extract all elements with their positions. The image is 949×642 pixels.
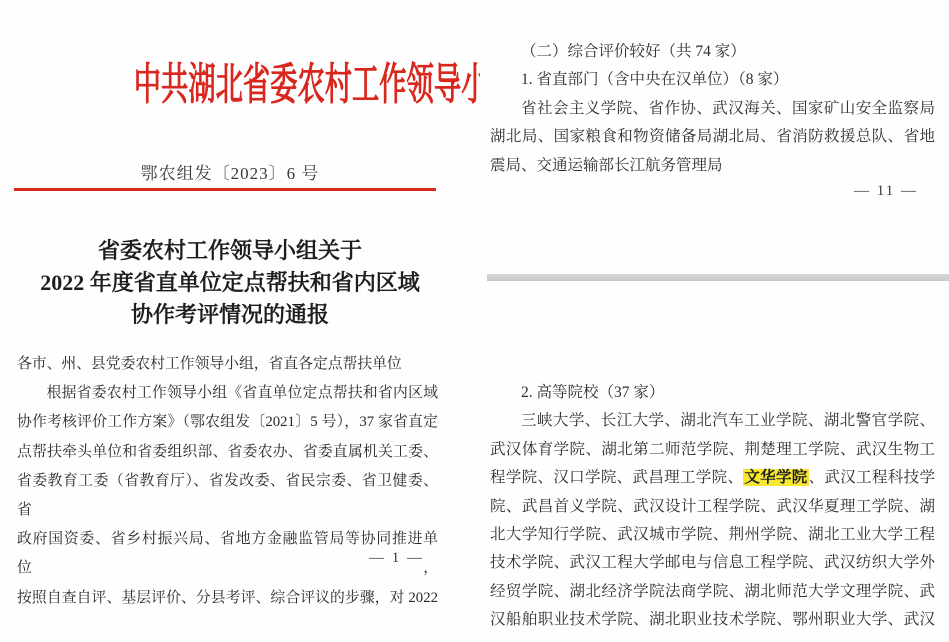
document-title-line: 省委农村工作领导小组关于: [10, 235, 450, 267]
body-line: 协作考核评价工作方案》（鄂农组发〔2021〕5 号），37 家省直定: [17, 408, 438, 437]
list-line-pre: 程学院、汉口学院、武昌理工学院、: [490, 469, 743, 486]
list-line: 技术学院、武汉工程大学邮电与信息工程学院、武汉纺织大学外: [490, 549, 935, 577]
universities-section: 2. 高等院校（37 家） 三峡大学、长江大学、湖北汽车工业学院、湖北警官学院、…: [490, 379, 935, 635]
document-title-line: 协作考评情况的通报: [10, 299, 450, 331]
red-separator-line: [14, 188, 436, 191]
body-paragraphs: 各市、州、县党委农村工作领导小组，省直各定点帮扶单位 根据省委农村工作领导小组《…: [17, 350, 438, 613]
page-number-11: — 11 —: [854, 183, 918, 200]
subsection-heading: 2. 高等院校（37 家）: [490, 379, 935, 407]
list-line: 院、武昌首义学院、武汉设计工程学院、武汉华夏理工学院、湖: [490, 493, 935, 521]
document-title-line: 2022 年度省直单位定点帮扶和省内区域: [10, 267, 450, 299]
body-line: 省委教育工委（省教育厅）、省发改委、省民宗委、省卫健委、省: [17, 467, 438, 525]
list-line-with-highlight: 程学院、汉口学院、武昌理工学院、文华学院、武汉工程科技学: [490, 464, 935, 492]
document-title: 省委农村工作领导小组关于 2022 年度省直单位定点帮扶和省内区域 协作考评情况…: [10, 235, 450, 331]
letterhead: 中共湖北省委农村工作领导小组文件: [0, 60, 460, 111]
list-line: 经贸学院、湖北经济学院法商学院、湖北师范大学文理学院、武: [490, 578, 935, 606]
list-line: 北大学知行学院、武汉城市学院、荆州学院、湖北工业大学工程: [490, 521, 935, 549]
list-line: 省社会主义学院、省作协、武汉海关、国家矿山安全监察局: [490, 95, 935, 123]
body-line: 根据省委农村工作领导小组《省直单位定点帮扶和省内区域: [17, 379, 438, 408]
highlighted-school: 文华学院: [743, 469, 808, 486]
subsection-heading: 1. 省直部门（含中央在汉单位）（8 家）: [490, 66, 935, 94]
body-line: 按照自查自评、基层评价、分县考评、综合评议的步骤，对 2022: [17, 584, 438, 613]
section-heading: （二）综合评价较好（共 74 家）: [490, 38, 935, 66]
page-scan-divider: [487, 274, 949, 281]
body-line: 各市、州、县党委农村工作领导小组，省直各定点帮扶单位: [17, 350, 438, 379]
left-document-page: 中共湖北省委农村工作领导小组文件 鄂农组发〔2023〕6 号 省委农村工作领导小…: [0, 0, 460, 642]
document-number: 鄂农组发〔2023〕6 号: [0, 159, 460, 184]
list-line: 湖北局、国家粮食和物资储备局湖北局、省消防救援总队、省地: [490, 123, 935, 151]
list-line: 武汉体育学院、湖北第二师范学院、荆楚理工学院、武汉生物工: [490, 436, 935, 464]
list-line: 三峡大学、长江大学、湖北汽车工业学院、湖北警官学院、: [490, 407, 935, 435]
list-line: 汉船舶职业技术学院、湖北职业技术学院、鄂州职业大学、武汉: [490, 606, 935, 634]
right-document-page: （二）综合评价较好（共 74 家） 1. 省直部门（含中央在汉单位）（8 家） …: [480, 0, 949, 642]
list-line: 震局、交通运输部长江航务管理局: [490, 152, 935, 180]
list-line-post: 、武汉工程科技学: [809, 469, 935, 486]
evaluation-section: （二）综合评价较好（共 74 家） 1. 省直部门（含中央在汉单位）（8 家） …: [490, 38, 935, 180]
body-line: 点帮扶牵头单位和省委组织部、省委农办、省委直属机关工委、: [17, 438, 438, 467]
page-number-1: — 1 —: [369, 550, 424, 567]
